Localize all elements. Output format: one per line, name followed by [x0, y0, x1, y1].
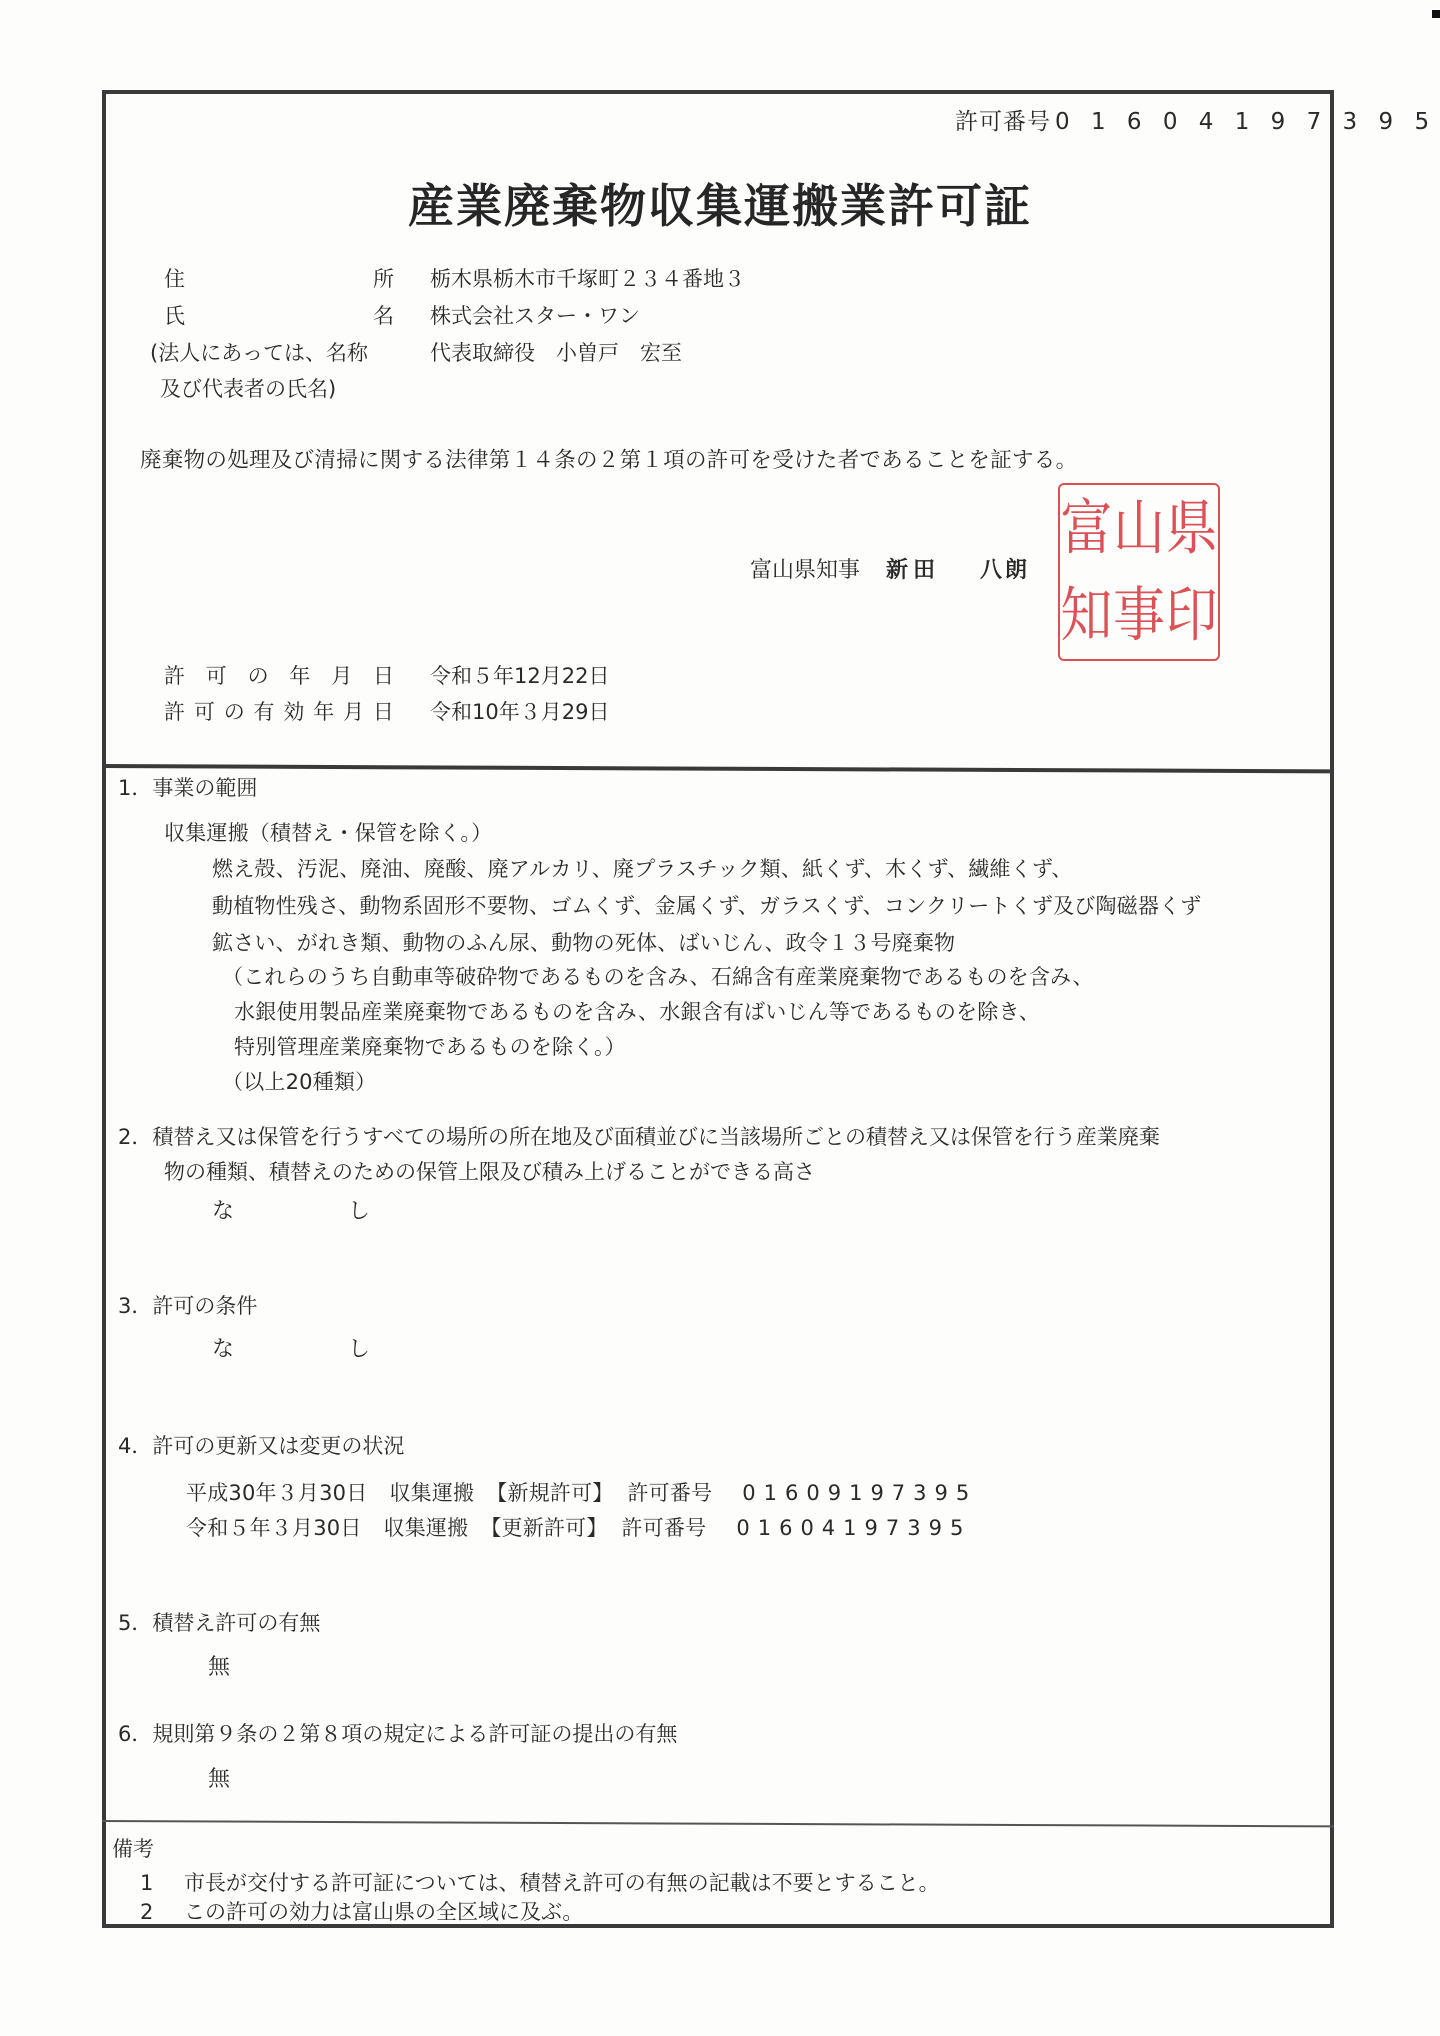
- issuer: 富山県知事新田八朗: [750, 553, 1030, 584]
- label-char: 所: [373, 263, 394, 293]
- section-3-heading: 3．許可の条件: [118, 1290, 257, 1320]
- section-6-value: 無: [208, 1762, 230, 1793]
- history-label: 許可番号: [622, 1516, 707, 1540]
- history-row: 令和５年３月30日収集運搬【更新許可】許可番号01604197395: [186, 1512, 971, 1542]
- seal-char: 知: [1060, 586, 1112, 646]
- label-char: 住: [164, 263, 185, 293]
- waste-types-count: （以上20種類）: [222, 1066, 376, 1096]
- waste-types-note: （これらのうち自動車等破砕物であるものを含み、石綿含有産業廃棄物であるものを含み…: [222, 961, 1094, 991]
- permit-number-label: 許可番号: [955, 109, 1051, 135]
- section-1-subheading: 収集運搬（積替え・保管を除く。）: [164, 817, 492, 847]
- permit-number-value: 0 1 6 0 4 1 9 7 3 9 5: [1055, 109, 1436, 135]
- certification-text: 廃棄物の処理及び清掃に関する法律第１４条の２第１項の許可を受けた者であることを証…: [140, 443, 1077, 474]
- note-text: 市長が交付する許可証については、積替え許可の有無の記載は不要とすること。: [184, 1871, 940, 1895]
- value-char: し: [348, 1199, 370, 1224]
- address-value: 栃木県栃木市千塚町２３４番地３: [430, 263, 745, 293]
- label-char: 日: [373, 660, 394, 690]
- note-number: 2: [140, 1900, 184, 1924]
- issuer-title: 富山県知事: [750, 558, 860, 583]
- representative-value: 代表取締役 小曽戸 宏至: [430, 337, 682, 367]
- value-char: し: [348, 1337, 370, 1362]
- expiry-date-value: 令和10年３月29日: [430, 696, 609, 726]
- section-2-heading: 2．積替え又は保管を行うすべての場所の所在地及び面積並びに当該場所ごとの積替え又…: [118, 1121, 1160, 1151]
- history-kind: 【新規許可】: [486, 1481, 613, 1505]
- name-value: 株式会社スター・ワン: [430, 300, 640, 330]
- waste-types-line: 動植物性残さ、動物系固形不要物、ゴムくず、金属くず、ガラスくず、コンクリートくず…: [212, 890, 1201, 920]
- history-date: 令和５年３月30日: [186, 1516, 362, 1540]
- label-char: 月: [331, 660, 352, 690]
- label-char: 可: [194, 696, 215, 726]
- permit-date-value: 令和５年12月22日: [430, 660, 609, 690]
- history-permit-number: 01604197395: [736, 1516, 971, 1540]
- note-item: 1市長が交付する許可証については、積替え許可の有無の記載は不要とすること。: [140, 1867, 940, 1897]
- section-4-heading: 4．許可の更新又は変更の状況: [118, 1430, 404, 1460]
- label-char: 有: [254, 696, 275, 726]
- label-char: 年: [313, 696, 334, 726]
- note-item: 2この許可の効力は富山県の全区域に及ぶ。: [140, 1896, 583, 1926]
- waste-types-line: 燃え殻、汚泥、廃油、廃酸、廃アルカリ、廃プラスチック類、紙くず、木くず、繊維くず…: [212, 853, 1073, 883]
- history-label: 許可番号: [627, 1481, 712, 1505]
- section-3-value: なし: [212, 1332, 370, 1363]
- notes-heading: 備考: [112, 1833, 154, 1863]
- seal-char: 印: [1166, 586, 1218, 646]
- permit-number: 許可番号0 1 6 0 4 1 9 7 3 9 5: [955, 103, 1436, 136]
- history-date: 平成30年３月30日: [186, 1481, 367, 1505]
- waste-types-note: 特別管理産業廃棄物であるものを除く。）: [234, 1031, 626, 1061]
- waste-types-note: 水銀使用製品産業廃棄物であるものを含み、水銀含有ばいじん等であるものを除き、: [234, 996, 1040, 1026]
- value-char: な: [212, 1199, 234, 1224]
- history-permit-number: 01609197395: [742, 1481, 977, 1505]
- representative-label-line1: (法人にあっては、名称: [150, 337, 368, 367]
- label-char: 年: [289, 660, 310, 690]
- section-5-heading: 5．積替え許可の有無: [118, 1607, 320, 1637]
- waste-types-line: 鉱さい、がれき類、動物のふん尿、動物の死体、ばいじん、政令１３号廃棄物: [212, 927, 955, 957]
- scan-edge-mark: [1432, 10, 1440, 18]
- section-2-value: なし: [212, 1194, 370, 1225]
- note-text: この許可の効力は富山県の全区域に及ぶ。: [184, 1900, 583, 1924]
- expiry-date-label: 許 可 の 有 効 年 月 日: [164, 696, 394, 726]
- label-char: 許: [164, 696, 185, 726]
- seal-char: 事: [1113, 586, 1165, 646]
- label-char: 名: [373, 300, 394, 330]
- section-5-value: 無: [208, 1650, 230, 1681]
- label-char: の: [248, 660, 269, 690]
- value-char: な: [212, 1337, 234, 1362]
- issuer-surname: 新田: [886, 558, 940, 583]
- label-char: 氏: [164, 300, 185, 330]
- label-char: 許: [164, 660, 185, 690]
- issuer-given-name: 八朗: [980, 558, 1030, 583]
- section-2-heading-cont: 物の種類、積替えのための保管上限及び積み上げることができる高さ: [164, 1156, 815, 1186]
- seal-char: 富: [1060, 499, 1112, 559]
- seal-char: 県: [1166, 499, 1218, 559]
- name-label: 氏 名: [164, 300, 394, 330]
- note-number: 1: [140, 1871, 184, 1895]
- address-label: 住 所: [164, 263, 394, 293]
- history-type: 収集運搬: [384, 1516, 469, 1540]
- page-title: 産業廃棄物収集運搬業許可証: [408, 170, 1032, 236]
- label-char: 効: [283, 696, 304, 726]
- history-kind: 【更新許可】: [480, 1516, 607, 1540]
- permit-date-label: 許 可 の 年 月 日: [164, 660, 394, 690]
- seal-char: 山: [1113, 499, 1165, 559]
- label-char: 月: [343, 696, 364, 726]
- section-6-heading: 6．規則第９条の２第８項の規定による許可証の提出の有無: [118, 1718, 677, 1748]
- history-row: 平成30年３月30日収集運搬【新規許可】許可番号01609197395: [186, 1477, 977, 1507]
- label-char: の: [224, 696, 245, 726]
- representative-label-line2: 及び代表者の氏名): [160, 373, 336, 403]
- official-seal-icon: 富 山 県 知 事 印: [1058, 483, 1220, 661]
- section-1-heading: 1．事業の範囲: [118, 772, 257, 802]
- label-char: 可: [206, 660, 227, 690]
- history-type: 収集運搬: [389, 1481, 474, 1505]
- label-char: 日: [373, 696, 394, 726]
